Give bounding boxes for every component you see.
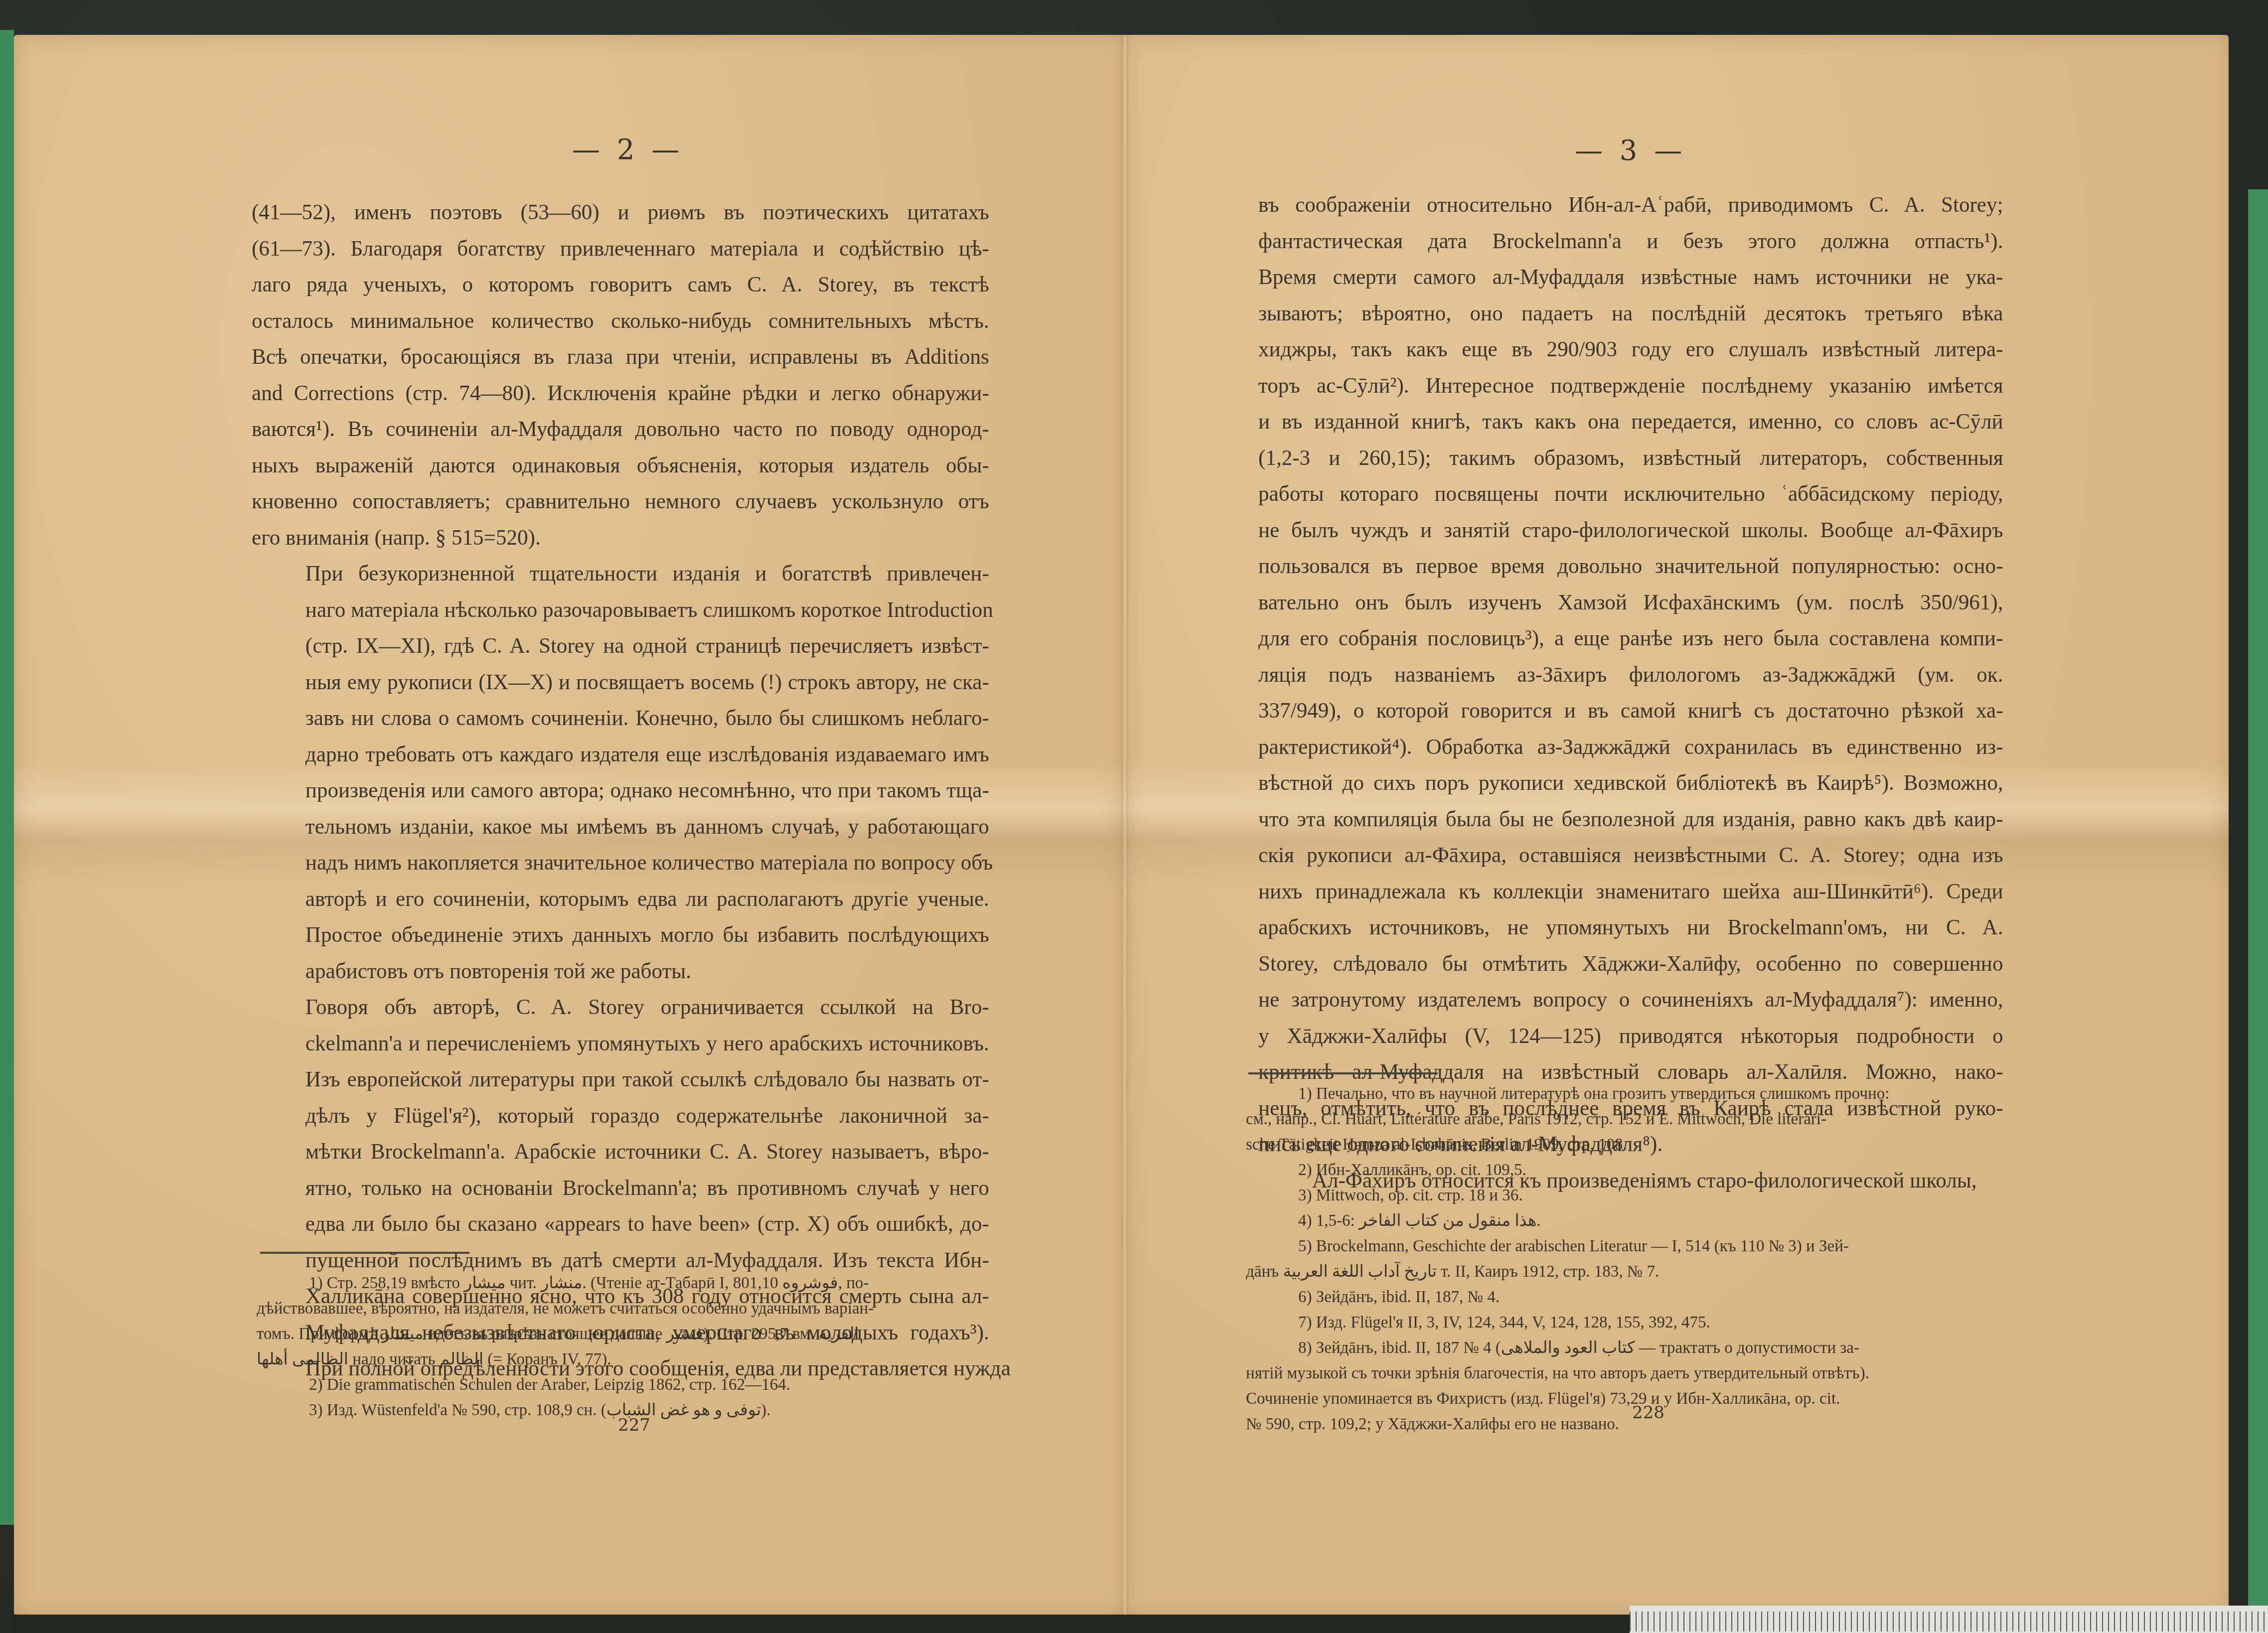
- text-line: въ соображеніи относительно Ибн-ал-Аʿраб…: [1258, 187, 2003, 223]
- text-line: (1,2-3 и 260,15); такимъ образомъ, извѣс…: [1258, 440, 2003, 476]
- text-line: Говоря объ авторѣ, C. A. Storey ограничи…: [252, 989, 989, 1026]
- text-line: осталось минимальное количество сколько-…: [252, 303, 989, 339]
- text-line: 7) Изд. Flügel'я II, 3, IV, 124, 344, V,…: [1246, 1310, 2016, 1336]
- left-page-header-number: — 2 —: [572, 134, 683, 166]
- footnote: 1) Печально, что въ научной литературѣ о…: [1246, 1081, 2016, 1158]
- text-line: ныхъ выраженій даются одинаковыя объясне…: [252, 447, 989, 484]
- text-line: № 590, стр. 109,2; у Хāджжи-Халӣфы его н…: [1246, 1412, 2016, 1437]
- text-line: см., напр., Cl. Huart, Littérature arabe…: [1246, 1107, 2016, 1132]
- right-page-body: въ соображеніи относительно Ибн-ал-Аʿраб…: [1258, 187, 2003, 1198]
- right-footnote-rule: [1248, 1072, 1438, 1074]
- text-line: торъ ас-Сӯлӣ²). Интересное подтвержденіе…: [1258, 368, 2003, 404]
- text-line: ныя ему рукописи (IX—X) и посвящаетъ вос…: [252, 664, 989, 701]
- text-line: 5) Brockelmann, Geschichte der arabische…: [1246, 1234, 2016, 1259]
- text-line: Время смерти самого ал-Муфаддаля извѣстн…: [1258, 259, 2003, 296]
- right-paragraph: въ соображеніи относительно Ибн-ал-Аʿраб…: [1258, 187, 2003, 1163]
- text-line: кновенно сопоставляетъ; сравнительно нем…: [252, 483, 989, 520]
- text-line: дарно требовать отъ каждаго издателя еще…: [252, 737, 989, 773]
- text-line: работы котораго посвящены почти исключит…: [1258, 476, 2003, 512]
- text-line: (41—52), именъ поэтовъ (53—60) и риѳмъ в…: [252, 194, 989, 231]
- text-line: 337/949), о которой говорится и въ самой…: [1258, 693, 2003, 729]
- text-line: 3) Mittwoch, op. cit. стр. 18 и 36.: [1246, 1183, 2016, 1208]
- left-footnote-rule: [260, 1252, 469, 1254]
- text-line: надъ нимъ накопляется значительное колич…: [252, 845, 989, 881]
- text-line: нихъ принадлежала къ коллекціи знаменита…: [1258, 874, 2003, 910]
- footnote: 2) Die grammatischen Schulen der Araber,…: [257, 1372, 1009, 1398]
- text-line: вѣстной до сихъ поръ рукописи хедивской …: [1258, 765, 2003, 801]
- footnote: 4) 1,5-6: هذا منقول من كتاب الفاخر.: [1246, 1208, 2016, 1234]
- text-line: (61—73). Благодаря богатству привлеченна…: [252, 231, 989, 267]
- right-page-header-number: — 3 —: [1575, 135, 1686, 167]
- center-fold: [1121, 35, 1128, 1615]
- text-line: дāнъ تاريخ آداب اللغة العربية т. II, Каи…: [1246, 1259, 2016, 1285]
- text-line: наго матеріала нѣсколько разочаровываетъ…: [252, 592, 989, 628]
- footnote: 7) Изд. Flügel'я II, 3, IV, 124, 344, V,…: [1246, 1310, 2016, 1336]
- text-line: и въ изданной книгѣ, такъ какъ она перед…: [1258, 404, 2003, 440]
- green-backing-right: [2248, 189, 2268, 1615]
- text-line: произведенія или самого автора; однако н…: [252, 772, 989, 809]
- text-line: рактеристикой⁴). Обработка аз-Заджжāджӣ …: [1258, 729, 2003, 765]
- text-line: дѣлъ у Flügel'я²), который гораздо содер…: [252, 1098, 989, 1134]
- right-page-footer-number: 228: [1632, 1403, 1664, 1423]
- text-line: ляція подъ названіемъ аз-Зāхиръ филолого…: [1258, 657, 2003, 693]
- text-line: скія рукописи ал-Фāхира, оставшіяся неиз…: [1258, 837, 2003, 874]
- text-line: 6) Зейдāнъ, ibid. II, 187, № 4.: [1246, 1285, 2016, 1310]
- text-line: ckelmann'а и перечисленіемъ упомянутыхъ …: [252, 1026, 989, 1062]
- text-line: пользовался въ первое время довольно зна…: [1258, 548, 2003, 585]
- footnote: 2) Ибн-Халликāнъ, op. cit. 109,5.: [1246, 1158, 2016, 1183]
- text-line: его вниманія (напр. § 515=520).: [252, 520, 989, 556]
- text-line: авторѣ и его сочиненіи, которымъ едва ли…: [252, 881, 989, 917]
- footnote: 8) Зейдāнъ, ibid. II, 187 № 4 (كتاب العو…: [1246, 1336, 2016, 1437]
- footnote: 3) Mittwoch, op. cit. стр. 18 и 36.: [1246, 1183, 2016, 1208]
- text-line: Всѣ опечатки, бросающіяся въ глаза при ч…: [252, 339, 989, 375]
- footnote: 5) Brockelmann, Geschichte der arabische…: [1246, 1234, 2016, 1285]
- text-line: для его собранія пословицъ³), а еще ранѣ…: [1258, 620, 2003, 657]
- left-footnotes: 1) Стр. 258,19 вмѣсто ميشار чит. منشار. …: [257, 1271, 1009, 1423]
- text-line: завъ ни слова о самомъ сочиненіи. Конечн…: [252, 700, 989, 737]
- text-line: Изъ европейской литературы при такой ссы…: [252, 1061, 989, 1098]
- text-line: Простое объединеніе этихъ данныхъ могло …: [252, 917, 989, 953]
- text-line: тельномъ изданіи, какое мы имѣемъ въ дан…: [252, 809, 989, 845]
- left-page-body: (41—52), именъ поэтовъ (53—60) и риѳмъ в…: [252, 194, 989, 1387]
- text-line: (стр. IX—XI), гдѣ C. A. Storey на одной …: [252, 628, 989, 664]
- text-line: Storey, слѣдовало бы отмѣтить Хāджжи-Хал…: [1258, 946, 2003, 982]
- text-line: мѣтки Brockelmann'а. Арабскіе источники …: [252, 1134, 989, 1170]
- text-line: зываютъ; вѣроятно, оно падаетъ на послѣд…: [1258, 296, 2003, 332]
- text-line: не былъ чуждъ и занятій старо-филологиче…: [1258, 512, 2003, 549]
- text-line: 1) Стр. 258,19 вмѣсто ميشار чит. منشار. …: [257, 1271, 1009, 1296]
- text-line: арабистовъ отъ повторенія той же работы.: [252, 953, 989, 990]
- text-line: and Corrections (стр. 74—80). Исключенія…: [252, 375, 989, 412]
- text-line: у Хāджжи-Халӣфы (V, 124—125) приводятся …: [1258, 1018, 2003, 1054]
- text-line: При безукоризненной тщательности изданія…: [252, 556, 989, 592]
- text-line: томъ. При формѣ ميشار идетъ въ разрѣзъ с…: [257, 1322, 1009, 1347]
- text-line: вательно онъ былъ изученъ Хамзой Исфахāн…: [1258, 585, 2003, 621]
- green-backing-left: [0, 30, 14, 1525]
- text-line: 1) Печально, что въ научной литературѣ о…: [1246, 1081, 2016, 1107]
- text-line: лаго ряда ученыхъ, о которомъ говоритъ с…: [252, 267, 989, 303]
- text-line: 8) Зейдāнъ, ibid. II, 187 № 4 (كتاب العو…: [1246, 1336, 2016, 1361]
- right-footnotes: 1) Печально, что въ научной литературѣ о…: [1246, 1081, 2016, 1437]
- text-line: Сочиненіе упоминается въ Фихристъ (изд. …: [1246, 1386, 2016, 1412]
- text-line: дѣйствовавшее, вѣроятно, на издателя, не…: [257, 1296, 1009, 1322]
- footnote: 6) Зейдāнъ, ibid. II, 187, № 4.: [1246, 1285, 2016, 1310]
- text-line: нятій музыкой съ точки зрѣнія благочесті…: [1246, 1361, 2016, 1386]
- text-line: ятно, только на основаніи Brockelmann'а;…: [252, 1170, 989, 1206]
- text-line: sche Tätigkeit Ḥamza al-Iṣbahānis, Berli…: [1246, 1132, 2016, 1158]
- left-page-footer-number: 227: [618, 1415, 650, 1435]
- text-line: 2) Ибн-Халликāнъ, op. cit. 109,5.: [1246, 1158, 2016, 1183]
- text-line: не затронутому издателемъ вопросу о сочи…: [1258, 982, 2003, 1018]
- text-line: арабскихъ источниковъ, не упомянутыхъ ни…: [1258, 909, 2003, 946]
- left-paragraph: (41—52), именъ поэтовъ (53—60) и риѳмъ в…: [252, 194, 989, 556]
- left-paragraph: При безукоризненной тщательности изданія…: [252, 556, 989, 989]
- text-line: 4) 1,5-6: هذا منقول من كتاب الفاخر.: [1246, 1208, 2016, 1234]
- text-line: фантастическая дата Brockelmann'а и безъ…: [1258, 223, 2003, 260]
- text-line: что эта компиляція была бы не безполезно…: [1258, 801, 2003, 838]
- text-line: 2) Die grammatischen Schulen der Araber,…: [257, 1372, 1009, 1398]
- footnote: 1) Стр. 258,19 вмѣсто ميشار чит. منشار. …: [257, 1271, 1009, 1372]
- text-line: хиджры, такъ какъ еще въ 290/903 году ег…: [1258, 331, 2003, 368]
- text-line: едва ли было бы сказано «appears to have…: [252, 1206, 989, 1242]
- text-line: ваются¹). Въ сочиненіи ал-Муфаддаля дово…: [252, 411, 989, 447]
- measurement-ruler: [1630, 1606, 2268, 1633]
- text-line: الظالمى أهلها надо читать الظالم (= Кора…: [257, 1347, 1009, 1372]
